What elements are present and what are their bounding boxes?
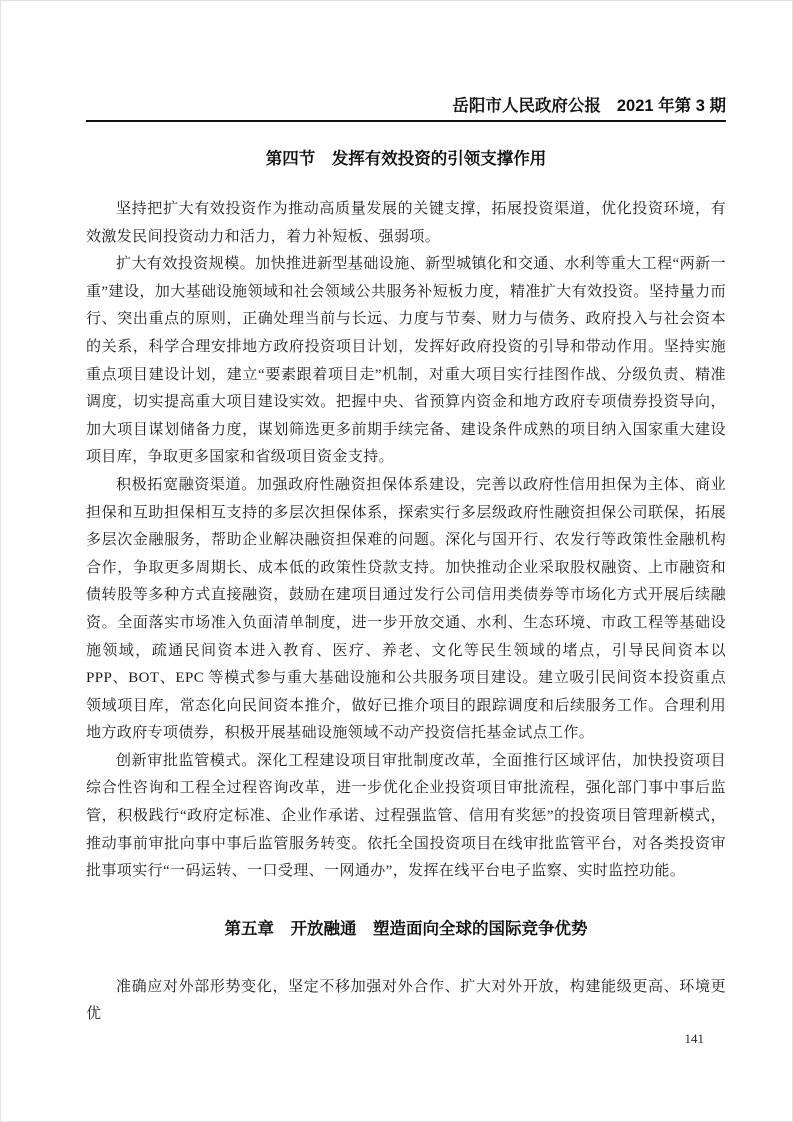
body-paragraph: 坚持把扩大有效投资作为推动高质量发展的关键支撑，拓展投资渠道，优化投资环境，有效… <box>86 196 726 251</box>
section-title: 第四节 发挥有效投资的引领支撑作用 <box>86 148 726 170</box>
page-number: 141 <box>685 1031 705 1047</box>
journal-title: 岳阳市人民政府公报 <box>452 97 601 115</box>
gazette-page: 岳阳市人民政府公报 2021 年第 3 期 第四节 发挥有效投资的引领支撑作用 … <box>0 0 793 1122</box>
issue-label: 2021 年第 3 期 <box>617 97 726 115</box>
body-paragraph: 准确应对外部形势变化，坚定不移加强对外合作、扩大对外开放，构建能级更高、环境更优 <box>86 974 726 1029</box>
body-paragraph: 积极拓宽融资渠道。加强政府性融资担保体系建设，完善以政府性信用担保为主体、商业担… <box>86 472 726 748</box>
body-paragraph: 创新审批监管模式。深化工程建设项目审批制度改革，全面推行区域评估，加快投资项目综… <box>86 748 726 886</box>
body-paragraph: 扩大有效投资规模。加快推进新型基础设施、新型城镇化和交通、水利等重大工程“两新一… <box>86 251 726 472</box>
header-rule <box>86 120 726 122</box>
page-content: 岳阳市人民政府公报 2021 年第 3 期 第四节 发挥有效投资的引领支撑作用 … <box>86 1 726 1029</box>
chapter-title: 第五章 开放融通 塑造面向全球的国际竞争优势 <box>86 918 726 940</box>
running-header: 岳阳市人民政府公报 2021 年第 3 期 <box>86 97 726 115</box>
body-text: 坚持把扩大有效投资作为推动高质量发展的关键支撑，拓展投资渠道，优化投资环境，有效… <box>86 196 726 886</box>
closing-section: 准确应对外部形势变化，坚定不移加强对外合作、扩大对外开放，构建能级更高、环境更优 <box>86 974 726 1029</box>
